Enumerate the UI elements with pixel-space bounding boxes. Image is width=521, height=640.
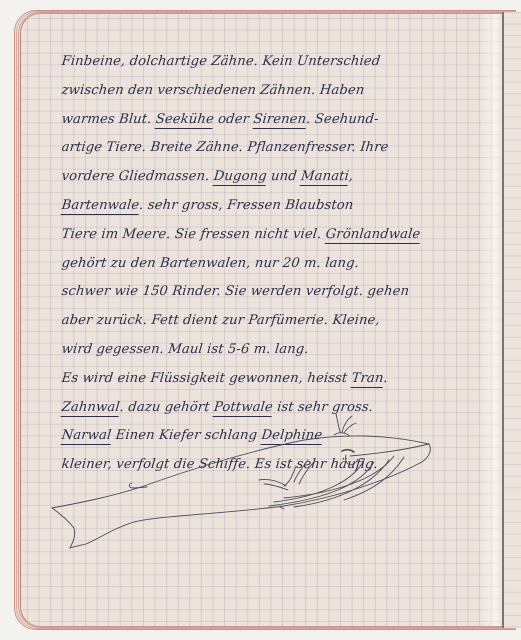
underlined-term: Dugong (213, 169, 268, 186)
handwritten-line: artige Tiere. Breite Zähne. Pflanzenfres… (60, 134, 513, 163)
text-segment: , (348, 169, 354, 184)
text-segment: oder (213, 112, 254, 127)
underlined-term: Tran (351, 371, 385, 388)
text-segment: . Seehund- (305, 112, 379, 127)
text-segment: Tiere im Meere. Sie fressen nicht viel. (61, 227, 327, 242)
notebook-scan: Finbeine, dolchartige Zähne. Kein Unters… (0, 0, 521, 640)
handwritten-line: warmes Blut. Seekühe oder Sirenen. Seehu… (60, 106, 513, 135)
text-segment: . (383, 371, 389, 386)
text-segment: . sehr gross, Fressen Blaubston (138, 198, 354, 213)
text-segment: warmes Blut. (61, 112, 157, 127)
text-segment: gehört zu den Bartenwalen, nur 20 m. lan… (61, 256, 360, 271)
whale-sketch-icon (44, 410, 444, 560)
handwritten-line: Bartenwale. sehr gross, Fressen Blaubsto… (60, 192, 513, 221)
text-segment: zwischen den verschiedenen Zähnen. Haben (61, 83, 365, 98)
handwritten-line: vordere Gliedmassen. Dugong und Manati, (60, 163, 513, 192)
underlined-term: Seekühe (155, 112, 215, 129)
text-segment: Finbeine, dolchartige Zähne. Kein Unters… (61, 54, 381, 69)
handwritten-line: Finbeine, dolchartige Zähne. Kein Unters… (60, 48, 513, 77)
underlined-term: Bartenwale (61, 198, 140, 215)
text-segment: und (266, 169, 302, 184)
handwritten-line: Es wird eine Flüssigkeit gewonnen, heiss… (60, 365, 513, 394)
underlined-term: Grönlandwale (325, 227, 421, 244)
handwritten-line: zwischen den verschiedenen Zähnen. Haben (60, 77, 513, 106)
underlined-term: Sirenen (252, 112, 307, 129)
text-segment: aber zurück. Fett dient zur Parfümerie. … (61, 313, 381, 328)
text-segment: Es wird eine Flüssigkeit gewonnen, heiss… (61, 371, 353, 386)
handwritten-line: Tiere im Meere. Sie fressen nicht viel. … (60, 221, 513, 250)
handwritten-line: gehört zu den Bartenwalen, nur 20 m. lan… (60, 250, 513, 279)
text-segment: wird gegessen. Maul ist 5-6 m. lang. (61, 342, 310, 357)
text-segment: artige Tiere. Breite Zähne. Pflanzenfres… (61, 140, 389, 155)
text-segment: schwer wie 150 Rinder. Sie werden verfol… (61, 284, 410, 299)
underlined-term: Manati (300, 169, 350, 186)
handwritten-line: schwer wie 150 Rinder. Sie werden verfol… (60, 278, 513, 307)
text-segment: vordere Gliedmassen. (61, 169, 215, 184)
handwritten-line: wird gegessen. Maul ist 5-6 m. lang. (60, 336, 513, 365)
handwritten-line: aber zurück. Fett dient zur Parfümerie. … (60, 307, 513, 336)
